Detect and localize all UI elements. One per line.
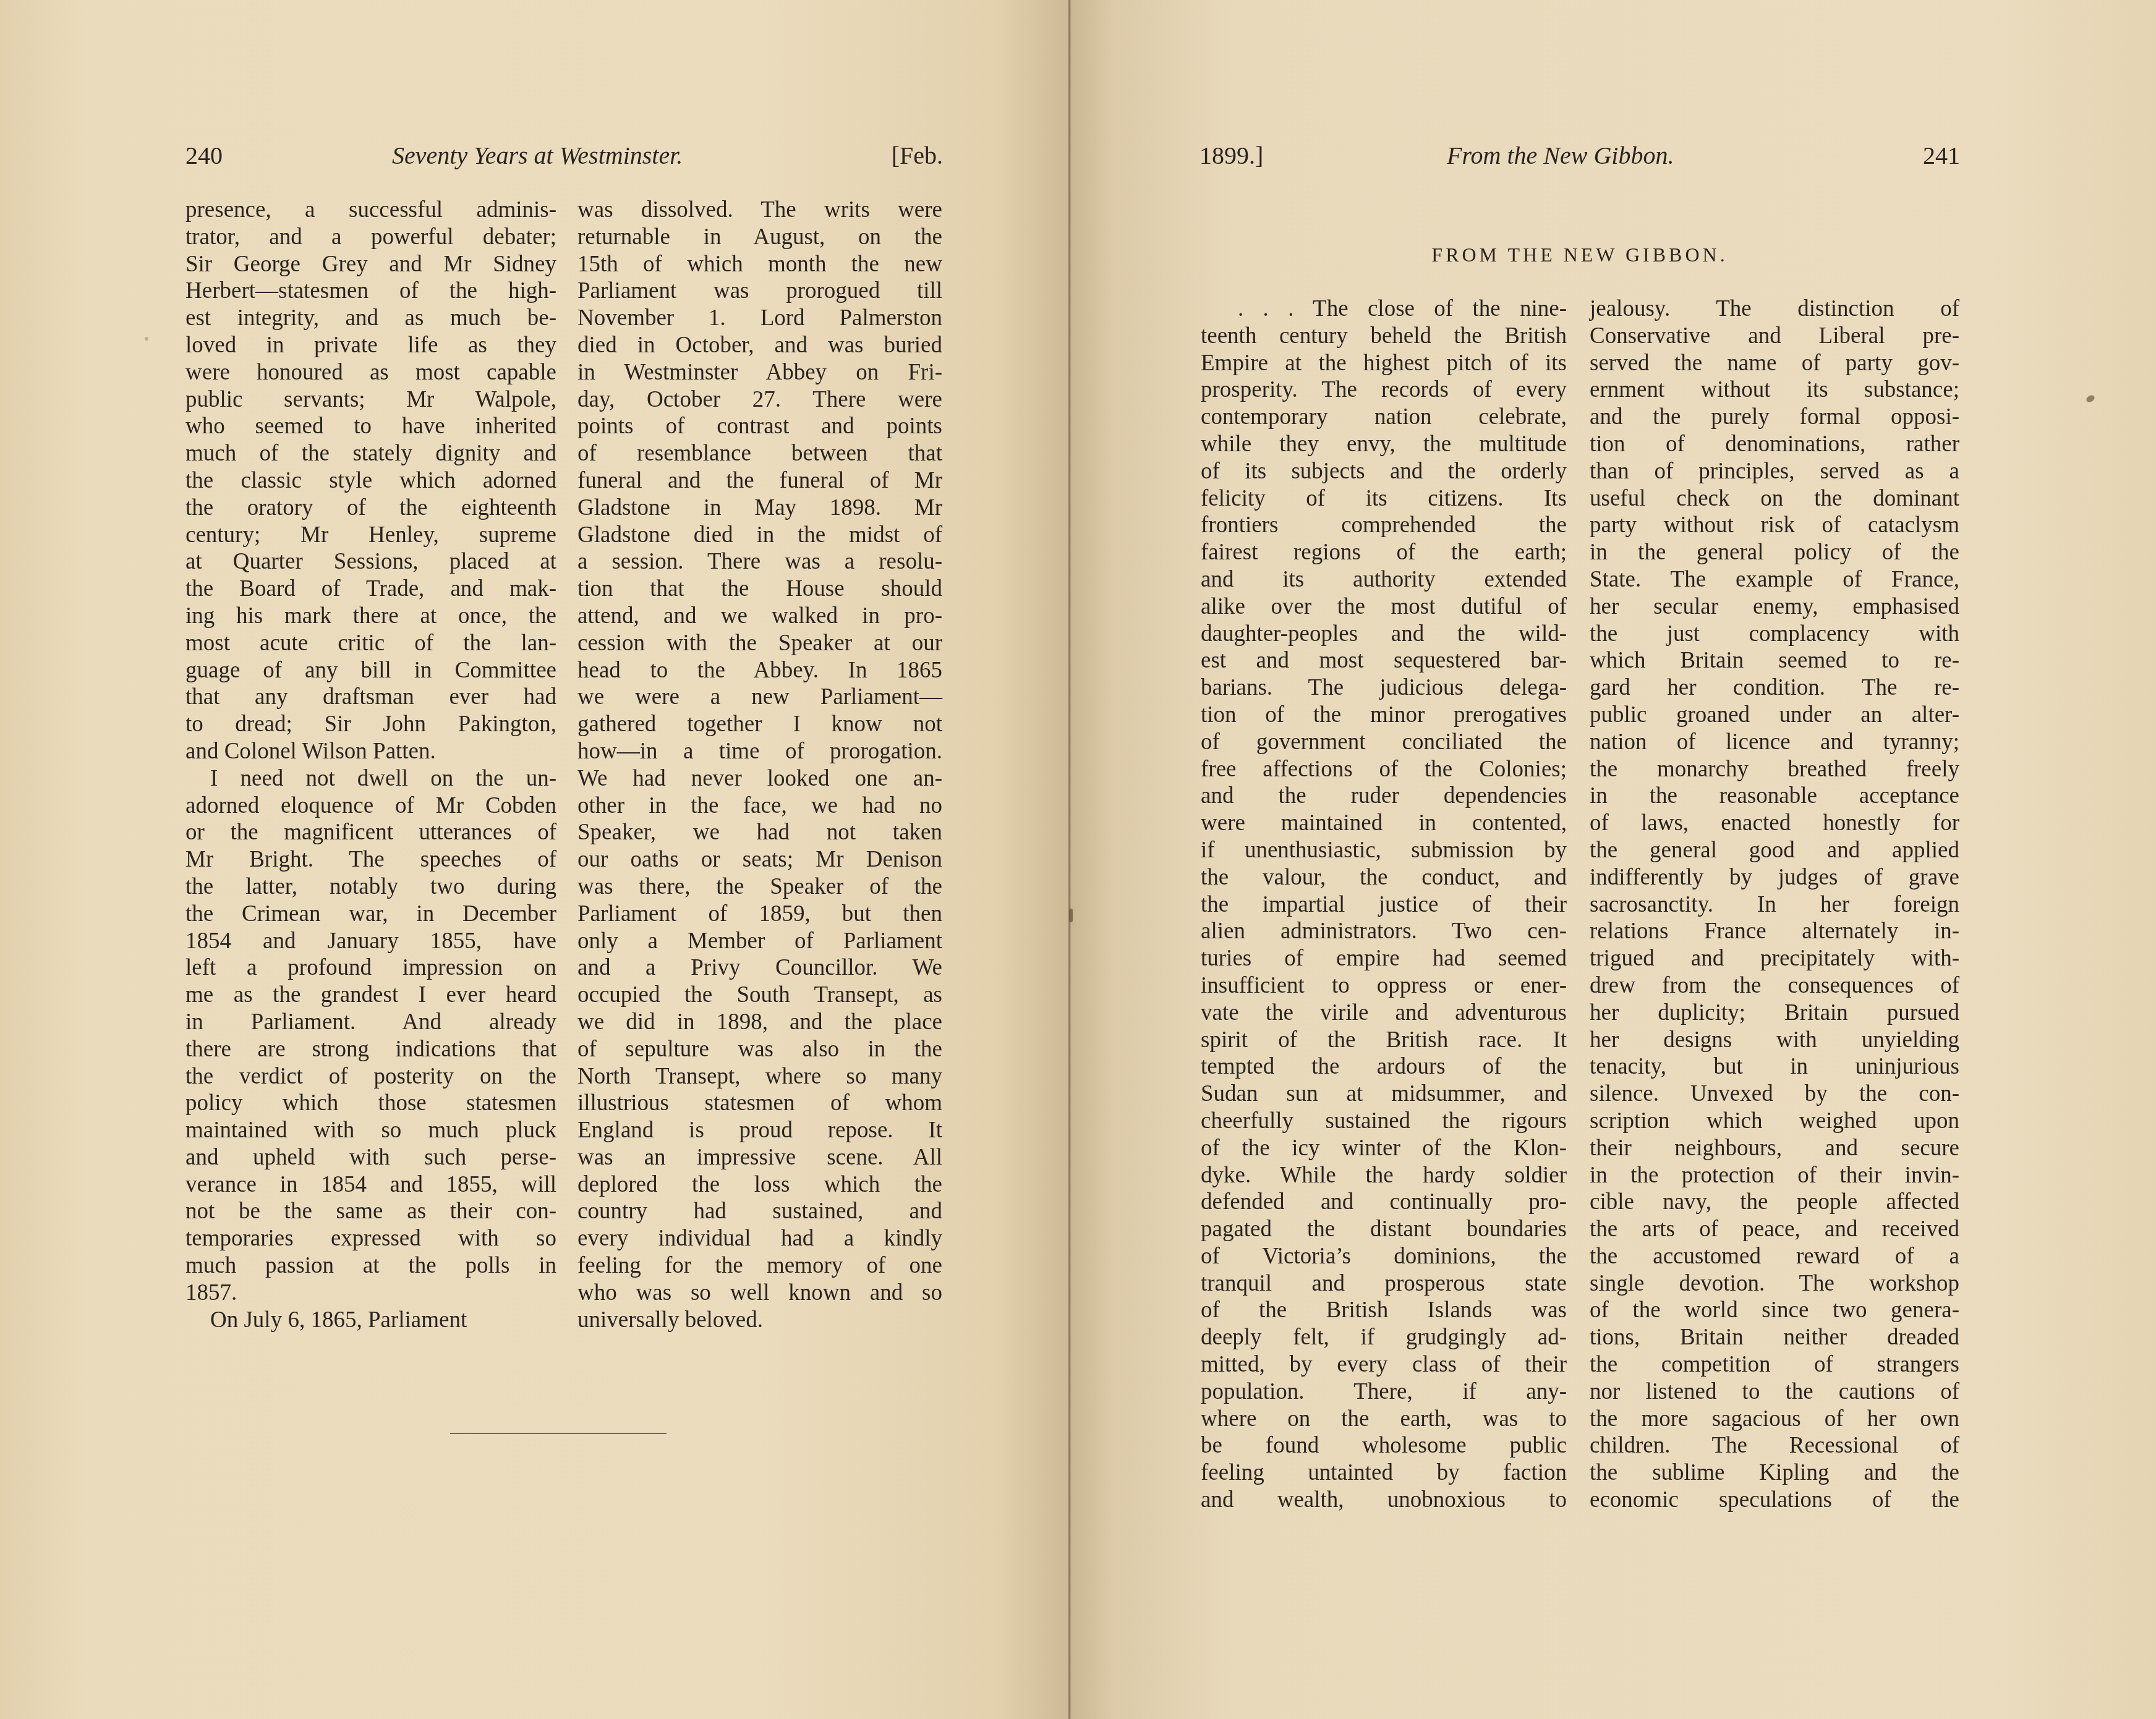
text-line: England is proud repose. It [577,1117,942,1144]
text-line: trigued and precipitately with- [1590,945,1959,972]
text-line: in the protection of their invin- [1590,1162,1959,1189]
text-line: which Britain seemed to re- [1590,647,1959,674]
text-line: the more sagacious of her own [1590,1406,1959,1433]
text-line: tranquil and prosperous state [1201,1270,1567,1297]
text-line: felicity of its citizens. Its [1201,485,1567,512]
text-line: verance in 1854 and 1855, will [185,1171,556,1199]
text-line: the arts of peace, and received [1590,1216,1959,1243]
left-page-column-1: presence, a successful adminis-trator, a… [185,197,556,1333]
text-line: Speaker, we had not taken [577,819,942,846]
text-line: Herbert—statesmen of the high- [185,278,556,305]
text-line: me as the grandest I ever heard [185,982,556,1009]
text-line: of sepulture was also in the [577,1036,942,1063]
text-line: and a Privy Councillor. We [577,954,942,982]
text-line: party without risk of cataclysm [1590,512,1959,539]
text-line: the valour, the conduct, and [1201,864,1567,891]
text-line: of the icy winter of the Klon- [1201,1135,1567,1162]
text-line: prosperity. The records of every [1201,376,1567,404]
text-line: 1854 and January 1855, have [185,928,556,955]
text-line: mitted, by every class of their [1201,1351,1567,1378]
text-line: State. The example of France, [1590,566,1959,593]
text-line: ing his mark there at once, the [185,603,556,630]
text-line: est integrity, and as much be- [185,305,556,332]
text-line: gard her condition. The re- [1590,674,1959,702]
text-line: dyke. While the hardy soldier [1201,1162,1567,1189]
text-line: there are strong indications that [185,1036,556,1063]
text-line: their neighbours, and secure [1590,1135,1959,1162]
text-line: at Quarter Sessions, placed at [185,548,556,575]
text-line: and wealth, unobnoxious to [1201,1487,1567,1514]
text-line: day, October 27. There were [577,386,942,414]
text-line: in Parliament. And already [185,1009,556,1036]
right-page-column-2: jealousy. The distinction ofConservative… [1590,295,1959,1514]
text-line: November 1. Lord Palmerston [577,305,942,332]
text-line: the classic style which adorned [185,467,556,494]
text-line: of resemblance between that [577,440,942,467]
text-line: free affections of the Colonies; [1201,756,1567,783]
text-line: universally beloved. [577,1307,942,1334]
text-line: temporaries expressed with so [185,1225,556,1252]
text-line: We had never looked one an- [577,765,942,792]
paper-blemish [145,337,148,341]
text-line: was there, the Speaker of the [577,873,942,901]
text-line: public groaned under an alter- [1590,702,1959,729]
text-line: sacrosanctity. In her foreign [1590,891,1959,919]
text-line: silence. Unvexed by the con- [1590,1080,1959,1108]
text-line: . . . The close of the nine- [1201,295,1567,323]
running-date-left: [Feb. [892,137,943,174]
section-end-rule [450,1433,667,1434]
text-line: Sir George Grey and Mr Sidney [185,251,556,278]
running-date-right: 1899.] [1199,137,1263,174]
text-line: nor listened to the cautions of [1590,1378,1959,1406]
text-line: if unenthusiastic, submission by [1201,837,1567,864]
text-line: points of contrast and points [577,413,942,440]
text-line: the verdict of posterity on the [185,1063,556,1090]
running-title-left: Seventy Years at Westminster. [392,137,683,174]
text-line: the just complacency with [1590,621,1959,648]
text-line: served the name of party gov- [1590,350,1959,377]
page-number-left: 240 [185,137,223,174]
text-line: in Westminster Abbey on Fri- [577,359,942,386]
text-line: frontiers comprehended the [1201,512,1567,539]
text-line: population. There, if any- [1201,1378,1567,1406]
text-line: single devotion. The workshop [1590,1270,1959,1297]
text-line: her secular enemy, emphasised [1590,593,1959,621]
text-line: spirit of the British race. It [1201,1027,1567,1054]
text-line: in the general policy of the [1590,539,1959,566]
text-line: country had sustained, and [577,1198,942,1225]
text-line: and its authority extended [1201,566,1567,593]
text-line: that any draftsman ever had [185,684,556,711]
text-line: how—in a time of prorogation. [577,738,942,765]
gutter-mark [1069,909,1073,922]
text-line: the impartial justice of their [1201,891,1567,919]
text-line: occupied the South Transept, as [577,982,942,1009]
text-line: 1857. [185,1280,556,1307]
text-line: pagated the distant boundaries [1201,1216,1567,1243]
book-gutter [1068,0,1071,1719]
text-line: tempted the ardours of the [1201,1053,1567,1080]
text-line: policy which those statesmen [185,1090,556,1117]
text-line: the monarchy breathed freely [1590,756,1959,783]
text-line: was dissolved. The writs were [577,197,942,224]
text-line: of laws, enacted honestly for [1590,810,1959,837]
text-line: we did in 1898, and the place [577,1009,942,1036]
text-line: died in October, and was buried [577,332,942,359]
text-line: and upheld with such perse- [185,1144,556,1171]
text-line: head to the Abbey. In 1865 [577,657,942,684]
text-line: children. The Recessional of [1590,1432,1959,1459]
text-line: the Board of Trade, and mak- [185,575,556,603]
text-line: and Colonel Wilson Patten. [185,738,556,765]
text-line: alien administrators. Two cen- [1201,918,1567,945]
text-line: contemporary nation celebrate, [1201,404,1567,431]
text-line: who seemed to have inherited [185,413,556,440]
text-line: vate the virile and adventurous [1201,1000,1567,1027]
text-line: returnable in August, on the [577,224,942,251]
text-line: the competition of strangers [1590,1351,1959,1378]
text-line: century; Mr Henley, supreme [185,522,556,549]
left-page-column-2: was dissolved. The writs werereturnable … [577,197,942,1333]
text-line: other in the face, we had no [577,792,942,820]
text-line: daughter-peoples and the wild- [1201,621,1567,648]
text-line: most acute critic of the lan- [185,630,556,657]
text-line: the Crimean war, in December [185,901,556,928]
text-line: alike over the most dutiful of [1201,593,1567,621]
text-line: illustrious statesmen of whom [577,1090,942,1117]
text-line: her duplicity; Britain pursued [1590,1000,1959,1027]
text-line: of the world since two genera- [1590,1297,1959,1324]
text-line: the oratory of the eighteenth [185,494,556,522]
text-line: the general good and applied [1590,837,1959,864]
text-line: relations France alternately in- [1590,918,1959,945]
text-line: were maintained in contented, [1201,810,1567,837]
text-line: we were a new Parliament— [577,684,942,711]
text-line: tion that the House should [577,575,942,603]
text-line: feeling for the memory of one [577,1252,942,1280]
text-line: nation of licence and tyranny; [1590,729,1959,756]
text-line: while they envy, the multitude [1201,431,1567,458]
right-running-head: 1899.] From the New Gibbon. 241 [1199,137,1960,174]
text-line: Parliament of 1859, but then [577,901,942,928]
text-line: in the reasonable acceptance [1590,783,1959,810]
text-line: I need not dwell on the un- [185,765,556,792]
text-line: who was so well known and so [577,1280,942,1307]
text-line: On July 6, 1865, Parliament [185,1307,556,1334]
text-line: tions, Britain neither dreaded [1590,1324,1959,1351]
text-line: jealousy. The distinction of [1590,295,1959,323]
text-line: adorned eloquence of Mr Cobden [185,792,556,820]
text-line: where on the earth, was to [1201,1406,1567,1433]
text-line: economic speculations of the [1590,1487,1959,1514]
text-line: cession with the Speaker at our [577,630,942,657]
text-line: Mr Bright. The speeches of [185,846,556,873]
text-line: drew from the consequences of [1590,972,1959,1000]
text-line: deplored the loss which the [577,1171,942,1199]
text-line: fairest regions of the earth; [1201,539,1567,566]
text-line: the latter, notably two during [185,873,556,901]
text-line: tion of the minor prerogatives [1201,702,1567,729]
text-line: turies of empire had seemed [1201,945,1567,972]
text-line: Gladstone in May 1898. Mr [577,494,942,522]
text-line: insufficient to oppress or ener- [1201,972,1567,1000]
text-line: and the ruder dependencies [1201,783,1567,810]
text-line: barians. The judicious delega- [1201,674,1567,702]
text-line: than of principles, served as a [1590,458,1959,485]
text-line: and the purely formal opposi- [1590,404,1959,431]
text-line: or the magnificent utterances of [185,819,556,846]
text-line: a session. There was a resolu- [577,548,942,575]
text-line: Empire at the highest pitch of its [1201,350,1567,377]
text-line: of the British Islands was [1201,1297,1567,1324]
running-title-right: From the New Gibbon. [1447,137,1674,174]
text-line: maintained with so much pluck [185,1117,556,1144]
text-line: feeling untainted by faction [1201,1459,1567,1487]
text-line: Conservative and Liberal pre- [1590,323,1959,350]
text-line: Parliament was prorogued till [577,278,942,305]
text-line: much passion at the polls in [185,1252,556,1280]
text-line: her designs with unyielding [1590,1027,1959,1054]
text-line: every individual had a kindly [577,1225,942,1252]
text-line: loved in private life as they [185,332,556,359]
left-running-head: 240 Seventy Years at Westminster. [Feb. [185,137,943,174]
text-line: only a Member of Parliament [577,928,942,955]
text-line: funeral and the funeral of Mr [577,467,942,494]
text-line: gathered together I know not [577,711,942,738]
text-line: defended and continually pro- [1201,1189,1567,1216]
text-line: of government conciliated the [1201,729,1567,756]
page-number-right: 241 [1923,137,1960,174]
text-line: trator, and a powerful debater; [185,224,556,251]
text-line: Gladstone died in the midst of [577,522,942,549]
text-line: est and most sequestered bar- [1201,647,1567,674]
right-page-column-1: . . . The close of the nine-teenth centu… [1201,295,1567,1514]
text-line: to dread; Sir John Pakington, [185,711,556,738]
text-line: much of the stately dignity and [185,440,556,467]
text-line: cible navy, the people affected [1590,1189,1959,1216]
text-line: our oaths or seats; Mr Denison [577,846,942,873]
text-line: the accustomed reward of a [1590,1243,1959,1270]
text-line: of Victoria’s dominions, the [1201,1243,1567,1270]
text-line: guage of any bill in Committee [185,657,556,684]
text-line: was an impressive scene. All [577,1144,942,1171]
text-line: the sublime Kipling and the [1590,1459,1959,1487]
text-line: not be the same as their con- [185,1198,556,1225]
text-line: left a profound impression on [185,954,556,982]
text-line: indifferently by judges of grave [1590,864,1959,891]
text-line: teenth century beheld the British [1201,323,1567,350]
text-line: of its subjects and the orderly [1201,458,1567,485]
text-line: were honoured as most capable [185,359,556,386]
article-title: FROM THE NEW GIBBON. [1199,242,1960,267]
text-line: tion of denominations, rather [1590,431,1959,458]
text-line: deeply felt, if grudgingly ad- [1201,1324,1567,1351]
text-line: tenacity, but in uninjurious [1590,1053,1959,1080]
text-line: be found wholesome public [1201,1432,1567,1459]
text-line: ernment without its substance; [1590,376,1959,404]
text-line: scription which weighed upon [1590,1108,1959,1135]
text-line: public servants; Mr Walpole, [185,386,556,414]
text-line: cheerfully sustained the rigours [1201,1108,1567,1135]
text-line: 15th of which month the new [577,251,942,278]
text-line: presence, a successful adminis- [185,197,556,224]
text-line: attend, and we walked in pro- [577,603,942,630]
text-line: useful check on the dominant [1590,485,1959,512]
text-line: Sudan sun at midsummer, and [1201,1080,1567,1108]
text-line: North Transept, where so many [577,1063,942,1090]
